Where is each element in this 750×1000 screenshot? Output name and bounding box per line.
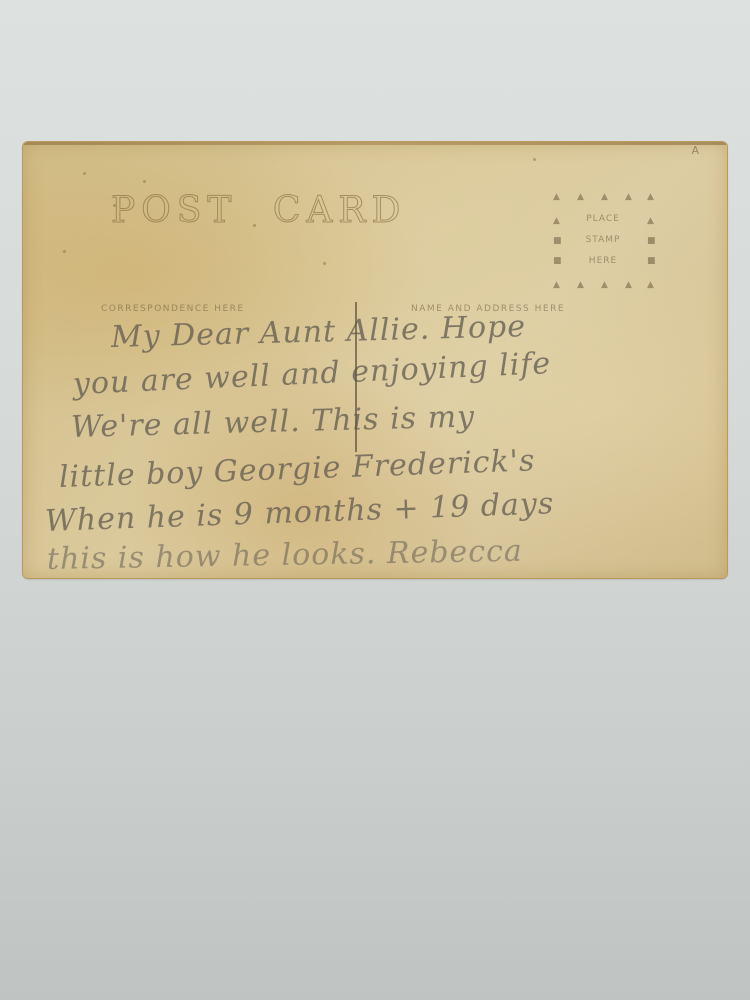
stain-speck <box>113 204 116 207</box>
triangle-icon: ▲ <box>553 192 560 202</box>
handwriting-line: My Dear Aunt Allie. Hope <box>111 309 527 355</box>
triangle-icon: ▲ <box>601 280 608 290</box>
handwriting-line: When he is 9 months + 19 days <box>44 486 554 539</box>
stamp-text-stamp: STAMP <box>577 235 629 245</box>
stain-speck <box>83 172 86 175</box>
stamp-box: ▲ ▲ ▲ ▲ ▲ ▲ ▲ ■ ■ ■ ■ ▲ ▲ ▲ ▲ ▲ PLACE ST… <box>551 192 655 292</box>
handwriting-line: little boy Georgie Frederick's <box>58 443 536 495</box>
triangle-icon: ▲ <box>577 280 584 290</box>
stain-speck <box>323 262 326 265</box>
triangle-icon: ▲ <box>625 192 632 202</box>
postcard-back: A POST CARD ▲ ▲ ▲ ▲ ▲ ▲ ▲ ■ ■ ■ ■ ▲ ▲ ▲ … <box>23 142 727 578</box>
card-edge <box>23 142 727 145</box>
postcard-title: POST CARD <box>111 190 406 231</box>
square-icon: ■ <box>647 236 656 246</box>
stain-speck <box>253 224 256 227</box>
stain-speck <box>533 158 536 161</box>
triangle-icon: ▲ <box>647 192 654 202</box>
triangle-icon: ▲ <box>577 192 584 202</box>
handwriting-line: you are well and enjoying life <box>72 346 552 402</box>
handwriting-line: this is how he looks. Rebecca <box>47 534 523 577</box>
triangle-icon: ▲ <box>601 192 608 202</box>
corner-mark: A <box>691 144 699 157</box>
handwriting-line: We're all well. This is my <box>71 399 476 445</box>
square-icon: ■ <box>553 236 562 246</box>
stain-speck <box>143 180 146 183</box>
triangle-icon: ▲ <box>553 280 560 290</box>
stamp-text-here: HERE <box>577 256 629 266</box>
stain-speck <box>63 250 66 253</box>
square-icon: ■ <box>553 256 562 266</box>
square-icon: ■ <box>647 256 656 266</box>
triangle-icon: ▲ <box>625 280 632 290</box>
triangle-icon: ▲ <box>647 280 654 290</box>
triangle-icon: ▲ <box>553 216 560 226</box>
stamp-text-place: PLACE <box>577 214 629 224</box>
triangle-icon: ▲ <box>647 216 654 226</box>
correspondence-label: CORRESPONDENCE HERE <box>101 304 245 314</box>
